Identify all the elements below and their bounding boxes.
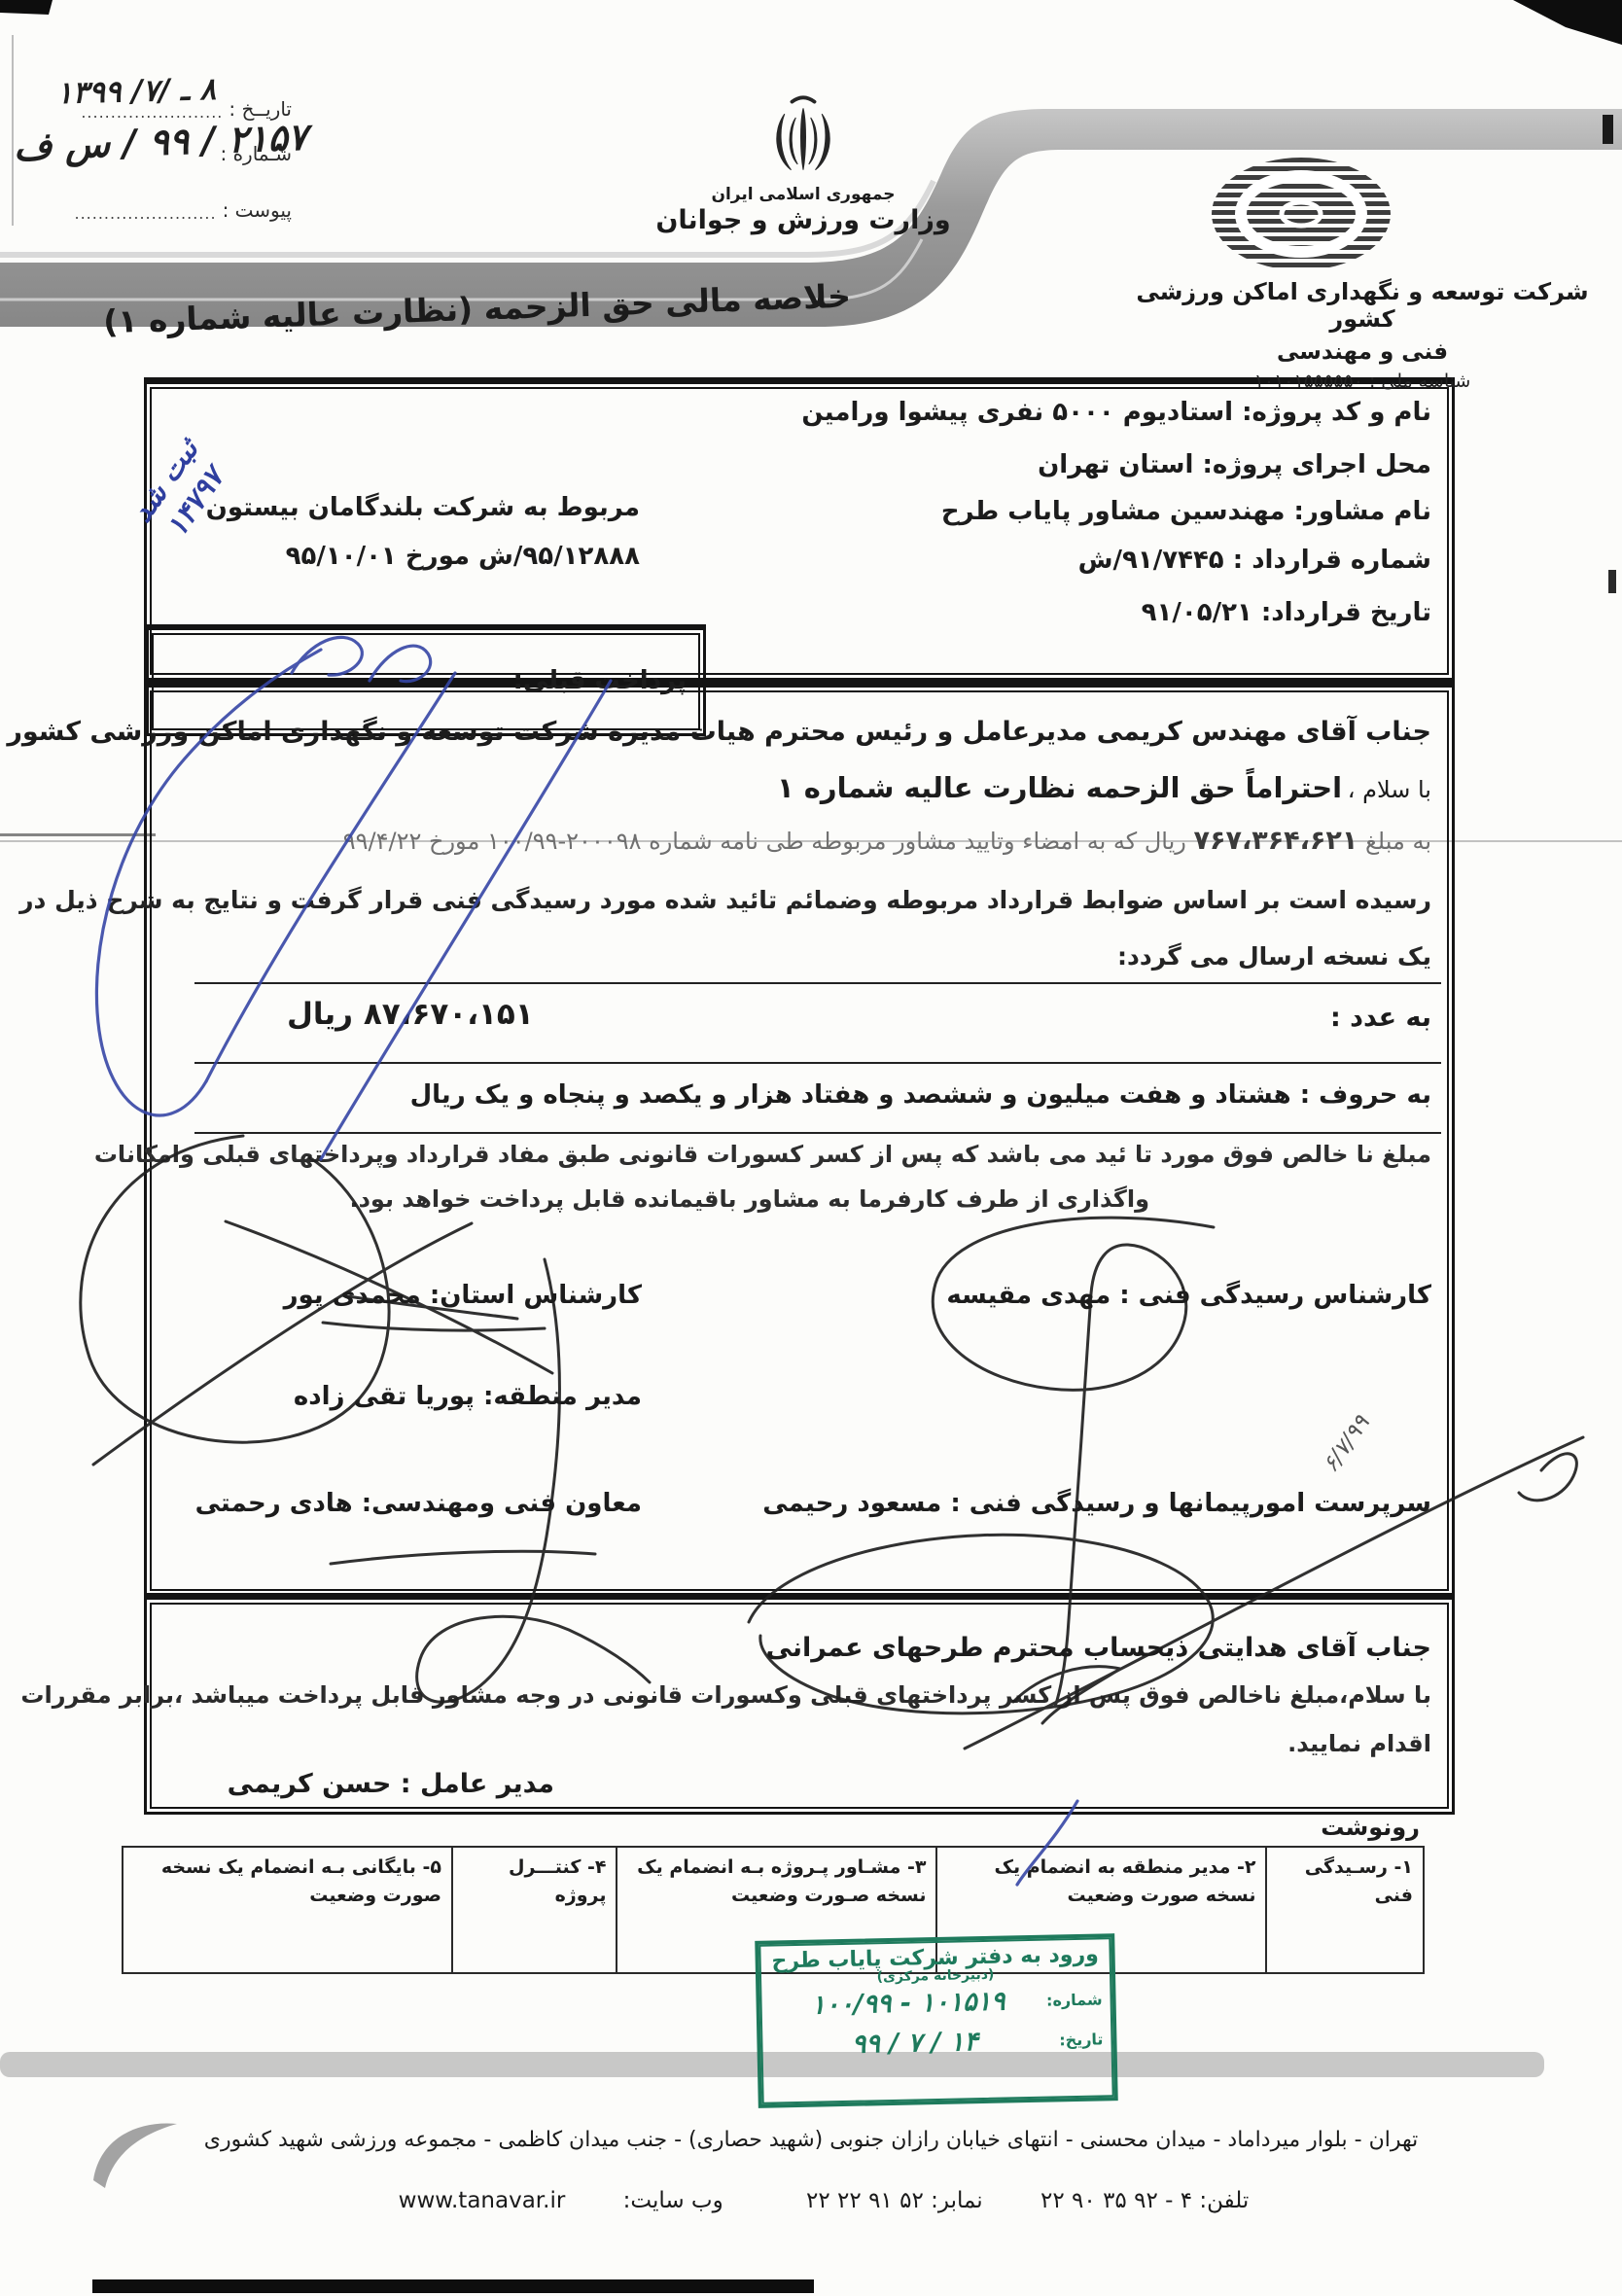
related-company-line1: مربوط به شرکت بلندگامان بیستون <box>206 492 640 524</box>
stamp-number-label: شماره: <box>1046 1990 1103 2009</box>
province-expert-name: کارشناس استان: محمدی پور <box>284 1280 642 1312</box>
technical-expert-name: کارشناس رسیدگی فنی : مهدی مقیسه <box>946 1280 1431 1312</box>
stamp-date-label: تاریخ: <box>1059 2030 1104 2049</box>
subject: احتراماً حق الزحمه نظارت عالیه شماره ۱ <box>777 771 1342 804</box>
contracts-supervisor-name: سرپرست امورپیمانها و رسیدگی فنی : مسعود … <box>762 1488 1431 1520</box>
stamp-date-value: ۱۴ / ۷ / ۹۹ <box>770 2025 1059 2061</box>
letter-body-box <box>144 681 1455 1597</box>
contract-date: تاریخ قرارداد: ۹۱/۰۵/۲۱ <box>1142 597 1431 629</box>
footer-contact-line: تلفن: ۴ - ۹۲ ۳۵ ۹۰ ۲۲ نمابر: ۵۲ ۹۱ ۲۲ ۲۲… <box>0 2188 1622 2213</box>
footer-website-url: www.tanavar.ir <box>399 2188 566 2213</box>
ministry-block: جمهوری اسلامی ایران وزارت ورزش و جوانان <box>646 185 961 235</box>
related-company-line2: ۹۵/۱۲۸۸۸/ش مورخ ۹۵/۱۰/۰۱ <box>286 541 640 573</box>
cc-label: رونوشت <box>1321 1813 1420 1842</box>
body-line2: رسیده است بر اساس ضوابط قرارداد مربوطه و… <box>19 885 1431 915</box>
gross-amount-figure: ۷۶۷،۳۶۴،۶۲۱ <box>1194 826 1358 856</box>
region-manager-name: مدیر منطقه: پوریا تقی زاده <box>294 1381 642 1413</box>
body-line3: یک نسخه ارسال می گردد: <box>1117 941 1431 971</box>
payment-body-line1: با سلام،مبلغ ناخالص فوق پس از کسر پرداخت… <box>20 1680 1431 1710</box>
company-logo-icon <box>1209 154 1393 274</box>
footer-web: وب سایت: www.tanavar.ir <box>373 2188 749 2213</box>
payment-addressee: جناب آقای هدایتی ذیحساب محترم طرحهای عمر… <box>766 1632 1431 1665</box>
amount-sentence: به مبلغ ۷۶۷،۳۶۴،۶۲۱ ریال که به امضاء وتا… <box>343 825 1431 858</box>
footer-address: تهران - بلوار میرداماد - میدان محسنی - ا… <box>0 2128 1622 2152</box>
republic-title: جمهوری اسلامی ایران <box>646 185 961 204</box>
amount-numeric-value: ۸۷،۶۷۰،۱۵۱ ریال <box>287 996 534 1034</box>
letter-addressee: جناب آقای مهندس کریمی مدیرعامل و رئیس مح… <box>7 716 1431 749</box>
footer-fax: نمابر: ۵۲ ۹۱ ۲۲ ۲۲ <box>806 2188 983 2213</box>
attachment-dots: ........................ <box>75 198 217 223</box>
salutation: با سلام ، <box>1348 776 1431 803</box>
footer-phone: تلفن: ۴ - ۹۲ ۳۵ ۹۰ ۲۲ <box>1040 2188 1249 2213</box>
company-department: فنی و مهندسی <box>1120 339 1604 365</box>
cc-item-5: ۵- بایگانی بـه انضمام یک نسخه صورت وضعیت <box>123 1848 453 1972</box>
payment-body-line2: اقدام نمایید. <box>1287 1729 1431 1758</box>
company-national-id: شناسه ملی : ۱۰۱۰۱۵۵۵۵۵۰ <box>1120 371 1604 392</box>
scan-corner-mark-topleft <box>0 0 53 15</box>
cc-item-4: ۴- کنتـــرل پروژه <box>453 1848 618 1972</box>
company-block: شرکت توسعه و نگهداری اماکن ورزشی کشور فن… <box>1120 278 1604 392</box>
cc-item-1: ۱- رسـیدگی فنی <box>1267 1848 1423 1972</box>
letter-subject-line: با سلام ، احتراماً حق الزحمه نظارت عالیه… <box>777 770 1431 805</box>
approval-note-line2: واگذاری از طرف کارفرما به مشاور باقیماند… <box>349 1184 1149 1214</box>
ministry-title: وزارت ورزش و جوانان <box>646 205 961 235</box>
approval-note-line1: مبلغ نا خالص فوق مورد تا ئید می باشد که … <box>94 1140 1431 1169</box>
meta-attachment-row: پیوست : ........................ <box>75 198 293 223</box>
scan-fold-dash <box>0 833 156 836</box>
previous-payment-label: پرداخت قبلی: <box>513 665 687 697</box>
footer-web-label: وب سایت: <box>623 2188 723 2213</box>
technical-deputy-name: معاون فنی ومهندسی: هادی رحمتی <box>195 1488 642 1520</box>
stamp-number-value: ۱۰۱۵۱۹ - ۱۰۰/۹۹ <box>769 1986 1046 2022</box>
handwritten-date: ۸ ـ /۷/ ۱۳۹۹ <box>56 72 217 111</box>
ceo-name: مدیر عامل : حسن کریمی <box>228 1768 554 1801</box>
rule-between-amounts <box>194 1062 1441 1064</box>
project-name: نام و کد پروژه: استادیوم ۵۰۰۰ نفری پیشوا… <box>801 397 1431 429</box>
page-title: خلاصه مالی حق الزحمه (نظارت عالیه شماره … <box>320 277 851 334</box>
scan-corner-mark-topright <box>1513 0 1622 45</box>
attachment-label: پیوست : <box>223 198 292 223</box>
scan-bottom-bar <box>92 2279 814 2293</box>
amount-in-words: به حروف : هشتاد و هفت میلیون و ششصد و هف… <box>410 1079 1431 1112</box>
contract-number: شماره قرارداد : ۹۱/۷۴۴۵/ش <box>1078 545 1431 577</box>
scanned-letter-page: تاریــخ : ........................ شـمار… <box>0 0 1622 2296</box>
project-consultant: نام مشاور: مهندسین مشاور پایاب طرح <box>941 496 1431 528</box>
amount-numeric-label: به عدد : <box>1330 1002 1431 1035</box>
project-location: محل اجرای پروژه: استان تهران <box>1038 449 1431 481</box>
rule-below-amounts <box>194 1132 1441 1134</box>
company-name: شرکت توسعه و نگهداری اماکن ورزشی کشور <box>1120 278 1604 333</box>
office-entry-stamp: ورود به دفتر شرکت پایاب طرح (دبیرخانه مر… <box>755 1933 1118 2108</box>
iran-emblem-icon <box>755 93 852 187</box>
rule-above-amount <box>194 982 1441 984</box>
